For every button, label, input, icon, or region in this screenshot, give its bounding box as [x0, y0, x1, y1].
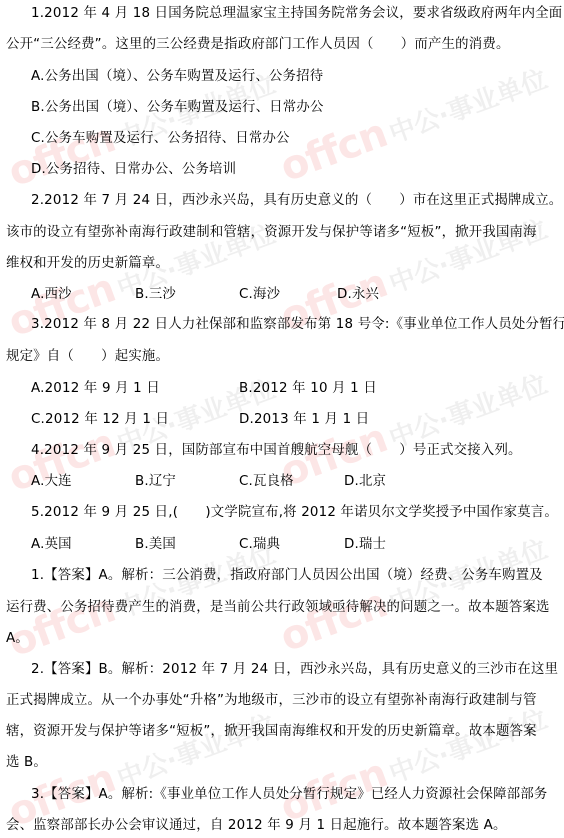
question-5-stem: 5.2012 年 9 月 25 日,( )文学院宣布,将 2012 年诺贝尔文学… — [31, 502, 558, 524]
question-3-option-a: A.2012 年 9 月 1 日 — [31, 378, 160, 400]
question-1-option-d: D.公务招待、日常办公、公务培训 — [31, 159, 236, 181]
question-1-stem-line-1: 1.2012 年 4 月 18 日国务院总理温家宝主持国务院常务会议，要求省级政… — [31, 3, 562, 25]
question-2-options: A.西沙 B.三沙 C.海沙 D.永兴 — [31, 284, 564, 306]
question-1-option-c: C.公务车购置及运行、公务招待、日常办公 — [31, 128, 290, 150]
question-5-options: A.英国 B.美国 C.瑞典 D.瑞士 — [31, 534, 564, 556]
answer-2-line-2: 正式揭牌成立。从一个办事处“升格”为地级市，三沙市的设立有望弥补南海行政建制与管 — [6, 690, 537, 712]
question-1-option-a: A.公务出国（境）、公务车购置及运行、公务招待 — [31, 66, 323, 88]
question-3-options-row-1: A.2012 年 9 月 1 日 B.2012 年 10 月 1 日 — [31, 378, 564, 400]
question-4-stem: 4.2012 年 9 月 25 日，国防部宣布中国首艘航空母舰（ ）号正式交接入… — [31, 440, 522, 462]
question-2-stem-line-3: 维权和开发的历史新篇章。 — [6, 253, 169, 275]
question-4-option-b: B.辽宁 — [135, 471, 176, 493]
question-3-stem-line-2: 规定》自（ ）起实施。 — [6, 346, 169, 368]
answer-3-line-2: 会、监察部部长办公会审议通过，自 2012 年 9 月 1 日起施行。故本题答案… — [6, 815, 507, 837]
answer-2-line-1: 2.【答案】B。解析：2012 年 7 月 24 日，西沙永兴岛，具有历史意义的… — [31, 659, 558, 681]
question-3-option-d: D.2013 年 1 月 1 日 — [239, 409, 369, 431]
question-2-option-b: B.三沙 — [135, 284, 176, 306]
question-3-option-b: B.2012 年 10 月 1 日 — [239, 378, 377, 400]
answer-1-line-3: A。 — [6, 628, 29, 650]
question-4-option-c: C.瓦良格 — [239, 471, 294, 493]
question-3-stem-line-1: 3.2012 年 8 月 22 日人力社保部和监察部发布第 18 号令:《事业单… — [31, 314, 564, 336]
question-2-stem-line-1: 2.2012 年 7 月 24 日，西沙永兴岛，具有历史意义的（ ）市在这里正式… — [31, 190, 562, 212]
question-5-option-a: A.英国 — [31, 534, 72, 556]
question-1-stem-line-2: 公开“三公经费”。这里的三公经费是指政府部门工作人员因（ ）而产生的消费。 — [6, 34, 510, 56]
document-page: offcn中公·事业单位 offcn中公·事业单位 offcn中公·事业单位 o… — [0, 0, 564, 838]
question-2-option-a: A.西沙 — [31, 284, 72, 306]
question-3-options-row-2: C.2012 年 12 月 1 日 D.2013 年 1 月 1 日 — [31, 409, 564, 431]
answer-1-line-2: 运行费、公务招待费产生的消费，是当前公共行政领域亟待解决的问题之一。故本题答案选 — [6, 597, 550, 619]
answer-1-line-1: 1.【答案】A。解析：三公消费，指政府部门人员因公出国（境）经费、公务车购置及 — [31, 565, 543, 587]
question-1-option-b: B.公务出国（境）、公务车购置及运行、日常办公 — [31, 97, 324, 119]
question-5-option-c: C.瑞典 — [239, 534, 280, 556]
watermark: offcn中公·事业单位 — [274, 692, 552, 831]
question-5-option-b: B.美国 — [135, 534, 176, 556]
answer-2-line-4: 选 B。 — [6, 752, 47, 774]
question-3-option-c: C.2012 年 12 月 1 日 — [31, 409, 169, 431]
answer-3-line-1: 3.【答案】A。解析:《事业单位工作人员处分暂行规定》已经人力资源社会保障部部务 — [31, 784, 548, 806]
answer-2-line-3: 辖，资源开发与保护等诸多“短板”，掀开我国南海维权和开发的历史新篇章。故本题答案 — [6, 721, 537, 743]
question-4-option-d: D.北京 — [344, 471, 386, 493]
question-2-option-d: D.永兴 — [337, 284, 379, 306]
question-5-option-d: D.瑞士 — [344, 534, 386, 556]
question-4-option-a: A.大连 — [31, 471, 72, 493]
question-2-stem-line-2: 该市的设立有望弥补南海行政建制和管辖，资源开发与保护等诸多“短板”，掀开我国南海 — [6, 222, 537, 244]
question-2-option-c: C.海沙 — [239, 284, 280, 306]
question-4-options: A.大连 B.辽宁 C.瓦良格 D.北京 — [31, 471, 564, 493]
